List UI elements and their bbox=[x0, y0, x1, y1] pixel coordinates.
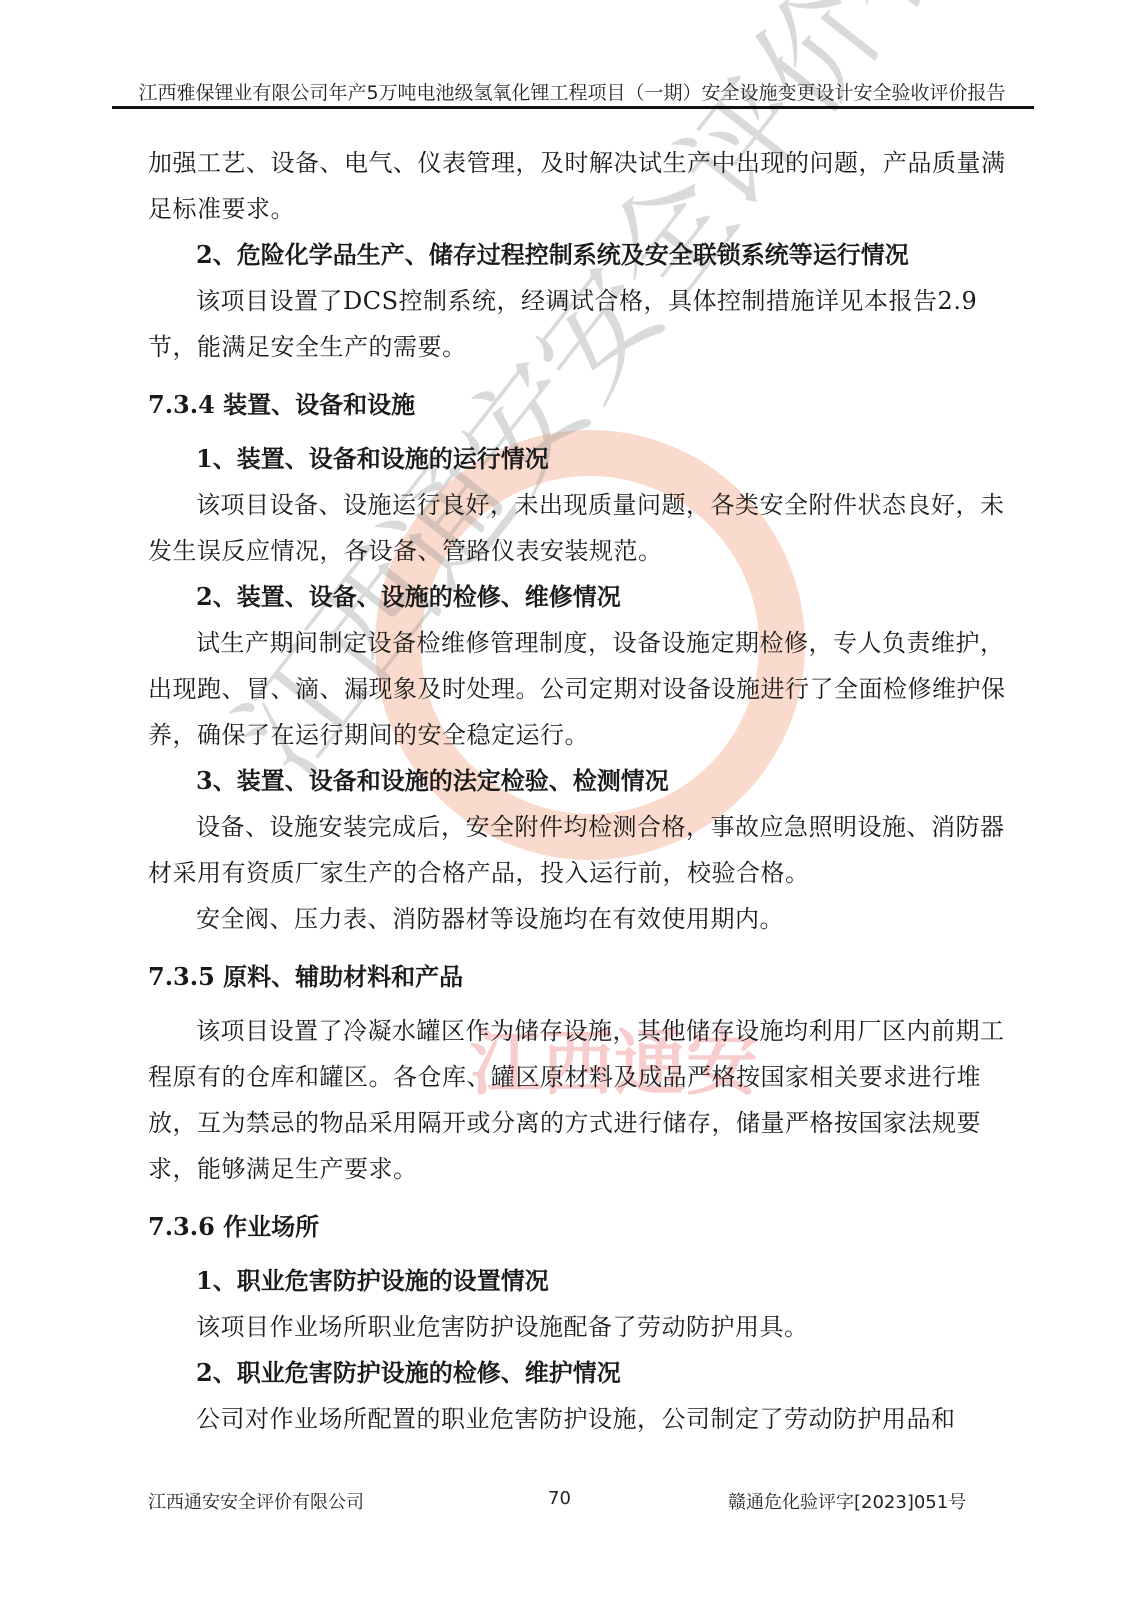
subheading: 1、职业危害防护设施的设置情况 bbox=[148, 1258, 1010, 1304]
paragraph: 设备、设施安装完成后，安全附件均检测合格，事故应急照明设施、消防器材采用有资质厂… bbox=[148, 804, 1010, 896]
header-divider bbox=[112, 106, 1034, 109]
subheading: 1、装置、设备和设施的运行情况 bbox=[148, 436, 1010, 482]
section-heading: 7.3.5 原料、辅助材料和产品 bbox=[148, 954, 1010, 1000]
paragraph: 该项目作业场所职业危害防护设施配备了劳动防护用具。 bbox=[148, 1304, 1010, 1350]
paragraph: 公司对作业场所配置的职业危害防护设施，公司制定了劳动防护用品和 bbox=[148, 1396, 1010, 1442]
section-heading: 7.3.4 装置、设备和设施 bbox=[148, 382, 1010, 428]
subheading: 2、危险化学品生产、储存过程控制系统及安全联锁系统等运行情况 bbox=[148, 232, 1010, 278]
subheading: 2、职业危害防护设施的检修、维护情况 bbox=[148, 1350, 1010, 1396]
paragraph: 加强工艺、设备、电气、仪表管理，及时解决试生产中出现的问题，产品质量满足标准要求… bbox=[148, 140, 1010, 232]
subheading: 2、装置、设备、设施的检修、维修情况 bbox=[148, 574, 1010, 620]
paragraph: 该项目设备、设施运行良好，未出现质量问题，各类安全附件状态良好，未发生误反应情况… bbox=[148, 482, 1010, 574]
subheading: 3、装置、设备和设施的法定检验、检测情况 bbox=[148, 758, 1010, 804]
footer-company: 江西通安安全评价有限公司 bbox=[148, 1488, 364, 1514]
paragraph: 该项目设置了冷凝水罐区作为储存设施，其他储存设施均利用厂区内前期工程原有的仓库和… bbox=[148, 1008, 1010, 1192]
paragraph: 安全阀、压力表、消防器材等设施均在有效使用期内。 bbox=[148, 896, 1010, 942]
paragraph: 试生产期间制定设备检维修管理制度，设备设施定期检修，专人负责维护，出现跑、冒、滴… bbox=[148, 620, 1010, 758]
section-heading: 7.3.6 作业场所 bbox=[148, 1204, 1010, 1250]
footer-doc-number: 赣通危化验评字[2023]051号 bbox=[728, 1488, 966, 1514]
running-header: 江西雅保锂业有限公司年产5万吨电池级氢氧化锂工程项目（一期）安全设施变更设计安全… bbox=[112, 78, 1032, 105]
page-body: 加强工艺、设备、电气、仪表管理，及时解决试生产中出现的问题，产品质量满足标准要求… bbox=[148, 140, 1010, 1442]
paragraph: 该项目设置了DCS控制系统，经调试合格，具体控制措施详见本报告2.9节，能满足安… bbox=[148, 278, 1010, 370]
page-number: 70 bbox=[548, 1488, 571, 1509]
